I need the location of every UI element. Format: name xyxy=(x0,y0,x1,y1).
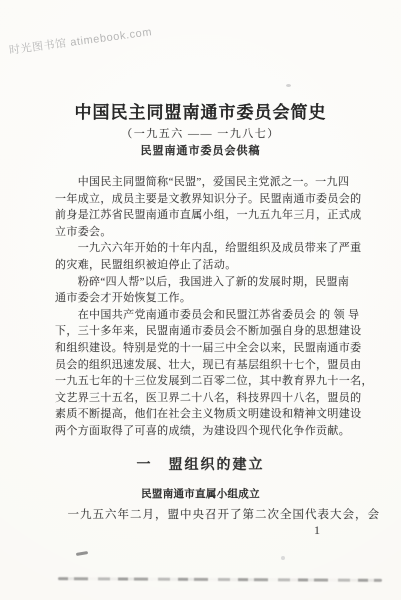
intro-line: 一九六六年开始的十年内乱，给盟组织及成员带来了严重 xyxy=(55,240,365,257)
intro-line: 两个方面取得了可喜的成绩，为建设四个现代化争作贡献。 xyxy=(55,423,365,440)
intro-line: 员会的组织迅速发展、壮大，现已有基层组织十七个，盟员由 xyxy=(55,357,365,374)
intro-line: 文艺界三十五名，医卫界二十八名，科技界四十八名，盟员的 xyxy=(55,390,365,407)
document-title: 中国民主同盟南通市委员会简史 xyxy=(0,101,401,125)
page-number: 1 xyxy=(314,523,320,538)
scan-speck-top xyxy=(286,84,291,87)
intro-line: 粉碎“四人帮”以后，我国进入了新的发展时期，民盟南 xyxy=(55,274,365,291)
intro-line: 的灾难，民盟组织被迫停止了活动。 xyxy=(55,257,365,274)
intro-line: 和组织建设。特别是党的十一届三中全会以来，民盟南通市委 xyxy=(55,340,365,357)
section-heading: 一 盟组织的建立 xyxy=(0,454,401,474)
intro-line: 通市委会才开始恢复工作。 xyxy=(55,290,365,307)
document-subtitle-years: （一九五六 —— 一九八七） xyxy=(0,127,401,141)
scanned-document-page: 时光图书馆 atimebook.com 中国民主同盟南通市委员会简史 （一九五六… xyxy=(0,0,401,600)
intro-line: 前身是江苏省民盟南通市直属小组，一九五九年三月，正式成 xyxy=(55,207,365,224)
scan-bleedthrough-line xyxy=(58,577,382,582)
intro-line: 一年成立，成员主要是文教界知识分子。民盟南通市委员会的 xyxy=(55,191,365,208)
intro-line: 中国民主同盟简称“民盟”，爱国民主党派之一。一九四 xyxy=(55,174,365,191)
intro-line: 一九五七年的十三位发展到二百零二位，其中教育界九十一名， xyxy=(55,373,365,390)
subsection-heading: 民盟南通市直属小组成立 xyxy=(0,486,401,501)
scan-mark-dash xyxy=(76,551,88,556)
intro-line: 素质不断提高，他们在社会主义物质文明建设和精神文明建设 xyxy=(55,406,365,423)
section-first-paragraph-line: 一九五六年二月，盟中央召开了第二次全国代表大会，会 xyxy=(55,506,380,522)
watermark-text: 时光图书馆 atimebook.com xyxy=(8,23,153,58)
intro-line: 在中国共产党南通市委员会和民盟江苏省委员会 的 领 导 xyxy=(55,307,365,324)
intro-paragraphs: 中国民主同盟简称“民盟”，爱国民主党派之一。一九四一年成立，成员主要是文教界知识… xyxy=(55,174,365,440)
document-byline: 民盟南通市委员会供稿 xyxy=(0,144,401,158)
scan-speck-bottom xyxy=(281,556,285,560)
intro-line: 立市委会。 xyxy=(55,224,365,241)
intro-line: 下，三十多年来，民盟南通市委员会不断加强自身的思想建设 xyxy=(55,323,365,340)
